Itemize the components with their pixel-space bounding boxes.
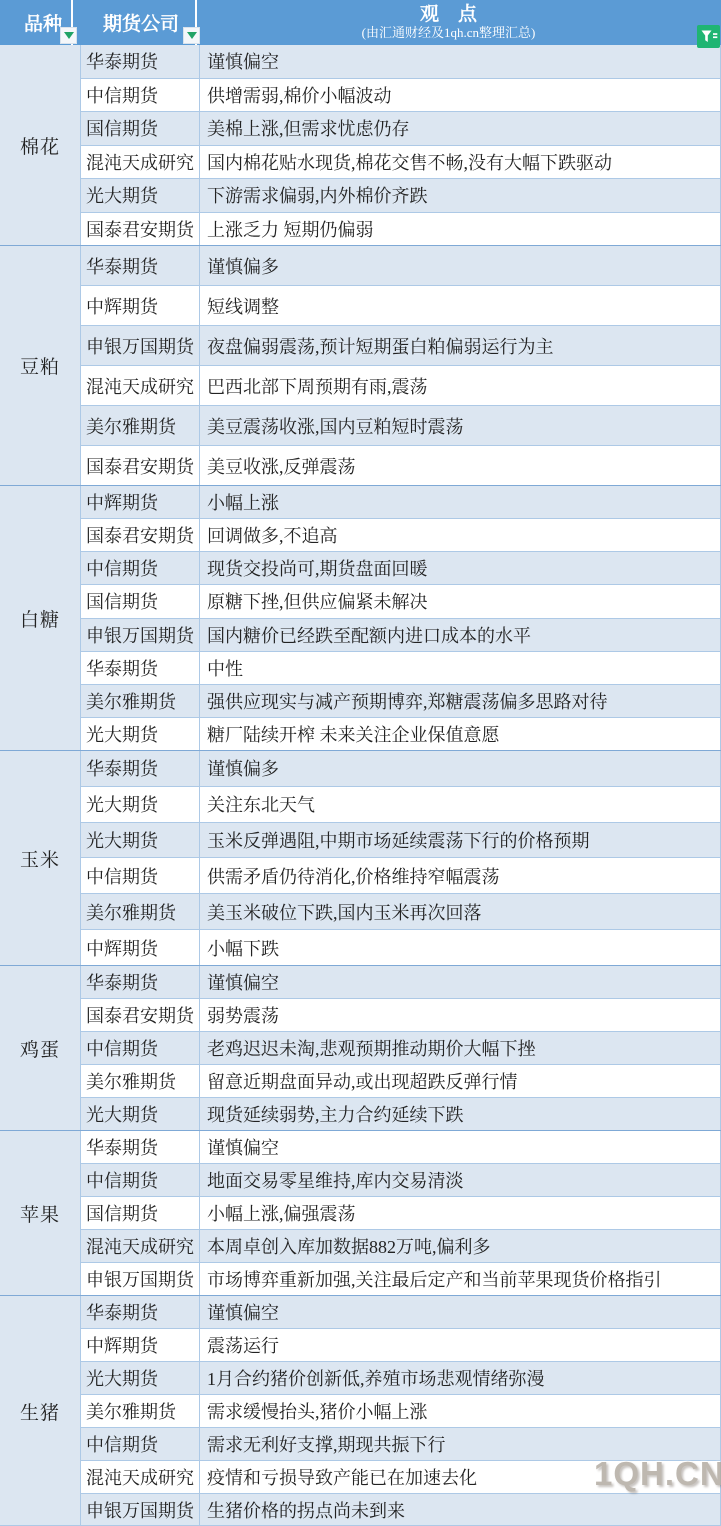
table-row: 光大期货下游需求偏弱,内外棉价齐跌	[81, 178, 721, 212]
header-viewpoint-title: 观 点	[420, 4, 477, 26]
viewpoint-cell: 原糖下挫,但供应偏紧未解决	[200, 585, 721, 617]
table-row: 国信期货原糖下挫,但供应偏紧未解决	[81, 584, 721, 617]
table-row: 中辉期货短线调整	[81, 285, 721, 325]
company-cell: 申银万国期货	[81, 1494, 200, 1526]
filter-funnel-button[interactable]	[697, 25, 720, 48]
table-row: 中信期货供需矛盾仍待消化,价格维持窄幅震荡	[81, 857, 721, 893]
variety-cell: 生猪	[0, 1296, 81, 1526]
chevron-down-icon	[187, 32, 197, 39]
table-row: 华泰期货谨慎偏多	[81, 751, 721, 786]
company-cell: 中辉期货	[81, 1329, 200, 1361]
variety-cell: 玉米	[0, 751, 81, 965]
viewpoint-cell: 谨慎偏多	[200, 246, 721, 285]
company-cell: 国泰君安期货	[81, 519, 200, 551]
table-row: 华泰期货谨慎偏空	[81, 1296, 721, 1328]
commodity-group-豆粕: 豆粕华泰期货谨慎偏多中辉期货短线调整申银万国期货夜盘偏弱震荡,预计短期蛋白粕偏弱…	[0, 245, 721, 485]
watermark: 1QH.CN	[594, 1455, 721, 1493]
table-row: 华泰期货中性	[81, 651, 721, 684]
company-cell: 中信期货	[81, 1164, 200, 1196]
company-cell: 国泰君安期货	[81, 446, 200, 485]
company-cell: 混沌天成研究	[81, 146, 200, 179]
company-cell: 混沌天成研究	[81, 1230, 200, 1262]
viewpoint-cell: 强供应现实与减产预期博弈,郑糖震荡偏多思路对待	[200, 685, 721, 717]
viewpoint-cell: 糖厂陆续开榨 未来关注企业保值意愿	[200, 718, 721, 750]
table-row: 光大期货现货延续弱势,主力合约延续下跌	[81, 1097, 721, 1130]
company-cell: 华泰期货	[81, 966, 200, 998]
viewpoint-cell: 美玉米破位下跌,国内玉米再次回落	[200, 894, 721, 929]
viewpoint-cell: 美豆收涨,反弹震荡	[200, 446, 721, 485]
table-row: 中辉期货小幅下跌	[81, 929, 721, 965]
company-cell: 光大期货	[81, 1098, 200, 1130]
table-row: 申银万国期货夜盘偏弱震荡,预计短期蛋白粕偏弱运行为主	[81, 325, 721, 365]
table-row: 中辉期货震荡运行	[81, 1328, 721, 1361]
company-cell: 华泰期货	[81, 45, 200, 78]
company-cell: 国信期货	[81, 1197, 200, 1229]
company-cell: 美尔雅期货	[81, 1395, 200, 1427]
variety-cell: 棉花	[0, 45, 81, 245]
company-cell: 国信期货	[81, 112, 200, 145]
table-body: 棉花华泰期货谨慎偏空中信期货供增需弱,棉价小幅波动国信期货美棉上涨,但需求忧虑仍…	[0, 45, 721, 1526]
company-cell: 光大期货	[81, 179, 200, 212]
viewpoint-cell: 弱势震荡	[200, 999, 721, 1031]
table-row: 美尔雅期货美豆震荡收涨,国内豆粕短时震荡	[81, 405, 721, 445]
company-cell: 申银万国期货	[81, 1263, 200, 1295]
viewpoint-cell: 谨慎偏空	[200, 1296, 721, 1328]
viewpoint-cell: 市场博弈重新加强,关注最后定产和当前苹果现货价格指引	[200, 1263, 721, 1295]
table-row: 美尔雅期货留意近期盘面异动,或出现超跌反弹行情	[81, 1064, 721, 1097]
company-cell: 美尔雅期货	[81, 894, 200, 929]
company-cell: 中信期货	[81, 1032, 200, 1064]
company-cell: 美尔雅期货	[81, 406, 200, 445]
company-cell: 光大期货	[81, 823, 200, 858]
company-cell: 申银万国期货	[81, 326, 200, 365]
table-row: 华泰期货谨慎偏空	[81, 1131, 721, 1163]
table-header: 品种 期货公司 观 点 (由汇通财经及1qh.cn整理汇总)	[0, 0, 721, 45]
table-row: 国泰君安期货上涨乏力 短期仍偏弱	[81, 212, 721, 246]
company-cell: 华泰期货	[81, 246, 200, 285]
company-cell: 华泰期货	[81, 652, 200, 684]
table-row: 美尔雅期货需求缓慢抬头,猪价小幅上涨	[81, 1394, 721, 1427]
viewpoint-cell: 谨慎偏空	[200, 966, 721, 998]
viewpoint-cell: 玉米反弹遇阻,中期市场延续震荡下行的价格预期	[200, 823, 721, 858]
viewpoint-cell: 短线调整	[200, 286, 721, 325]
variety-filter-dropdown-button[interactable]	[60, 27, 77, 44]
company-cell: 中信期货	[81, 79, 200, 112]
viewpoint-cell: 美豆震荡收涨,国内豆粕短时震荡	[200, 406, 721, 445]
table-row: 申银万国期货市场博弈重新加强,关注最后定产和当前苹果现货价格指引	[81, 1262, 721, 1295]
table-row: 国泰君安期货回调做多,不追高	[81, 518, 721, 551]
viewpoint-cell: 关注东北天气	[200, 787, 721, 822]
company-cell: 中信期货	[81, 1428, 200, 1460]
company-cell: 混沌天成研究	[81, 366, 200, 405]
viewpoint-cell: 小幅上涨,偏强震荡	[200, 1197, 721, 1229]
company-cell: 美尔雅期货	[81, 685, 200, 717]
company-cell: 光大期货	[81, 787, 200, 822]
commodity-group-玉米: 玉米华泰期货谨慎偏多光大期货关注东北天气光大期货玉米反弹遇阻,中期市场延续震荡下…	[0, 750, 721, 965]
table-row: 光大期货1月合约猪价创新低,养殖市场悲观情绪弥漫	[81, 1361, 721, 1394]
table-row: 混沌天成研究巴西北部下周预期有雨,震荡	[81, 365, 721, 405]
header-viewpoint-subtitle: (由汇通财经及1qh.cn整理汇总)	[362, 26, 536, 41]
viewpoint-cell: 现货延续弱势,主力合约延续下跌	[200, 1098, 721, 1130]
viewpoint-cell: 供需矛盾仍待消化,价格维持窄幅震荡	[200, 858, 721, 893]
viewpoint-cell: 谨慎偏多	[200, 751, 721, 786]
table-row: 混沌天成研究国内棉花贴水现货,棉花交售不畅,没有大幅下跌驱动	[81, 145, 721, 179]
viewpoint-cell: 现货交投尚可,期货盘面回暖	[200, 552, 721, 584]
viewpoint-cell: 谨慎偏空	[200, 1131, 721, 1163]
table-row: 华泰期货谨慎偏空	[81, 966, 721, 998]
table-row: 美尔雅期货美玉米破位下跌,国内玉米再次回落	[81, 893, 721, 929]
viewpoint-cell: 夜盘偏弱震荡,预计短期蛋白粕偏弱运行为主	[200, 326, 721, 365]
table-row: 美尔雅期货强供应现实与减产预期博弈,郑糖震荡偏多思路对待	[81, 684, 721, 717]
table-row: 光大期货关注东北天气	[81, 786, 721, 822]
commodity-group-棉花: 棉花华泰期货谨慎偏空中信期货供增需弱,棉价小幅波动国信期货美棉上涨,但需求忧虑仍…	[0, 45, 721, 245]
viewpoint-cell: 1月合约猪价创新低,养殖市场悲观情绪弥漫	[200, 1362, 721, 1394]
variety-cell: 鸡蛋	[0, 966, 81, 1130]
company-cell: 光大期货	[81, 1362, 200, 1394]
viewpoint-cell: 国内糖价已经跌至配额内进口成本的水平	[200, 619, 721, 651]
viewpoint-cell: 巴西北部下周预期有雨,震荡	[200, 366, 721, 405]
viewpoint-cell: 留意近期盘面异动,或出现超跌反弹行情	[200, 1065, 721, 1097]
viewpoint-cell: 上涨乏力 短期仍偏弱	[200, 213, 721, 246]
table-row: 华泰期货谨慎偏空	[81, 45, 721, 78]
variety-cell: 苹果	[0, 1131, 81, 1295]
company-cell: 国泰君安期货	[81, 999, 200, 1031]
table-row: 国信期货小幅上涨,偏强震荡	[81, 1196, 721, 1229]
chevron-down-icon	[64, 32, 74, 39]
table-row: 国泰君安期货弱势震荡	[81, 998, 721, 1031]
commodity-group-鸡蛋: 鸡蛋华泰期货谨慎偏空国泰君安期货弱势震荡中信期货老鸡迟迟未淘,悲观预期推动期价大…	[0, 965, 721, 1130]
table-row: 国信期货美棉上涨,但需求忧虑仍存	[81, 111, 721, 145]
company-cell: 混沌天成研究	[81, 1461, 200, 1493]
company-cell: 华泰期货	[81, 751, 200, 786]
viewpoint-cell: 中性	[200, 652, 721, 684]
table-row: 中辉期货小幅上涨	[81, 486, 721, 518]
viewpoint-cell: 老鸡迟迟未淘,悲观预期推动期价大幅下挫	[200, 1032, 721, 1064]
company-filter-dropdown-button[interactable]	[183, 27, 200, 44]
viewpoint-cell: 美棉上涨,但需求忧虑仍存	[200, 112, 721, 145]
viewpoint-cell: 地面交易零星维持,库内交易清淡	[200, 1164, 721, 1196]
viewpoint-cell: 小幅下跌	[200, 930, 721, 965]
filter-funnel-icon	[697, 25, 720, 48]
company-cell: 国泰君安期货	[81, 213, 200, 246]
company-cell: 国信期货	[81, 585, 200, 617]
table-row: 中信期货现货交投尚可,期货盘面回暖	[81, 551, 721, 584]
company-cell: 中辉期货	[81, 486, 200, 518]
table-row: 光大期货糖厂陆续开榨 未来关注企业保值意愿	[81, 717, 721, 750]
viewpoint-cell: 需求缓慢抬头,猪价小幅上涨	[200, 1395, 721, 1427]
table-row: 光大期货玉米反弹遇阻,中期市场延续震荡下行的价格预期	[81, 822, 721, 858]
table-row: 申银万国期货生猪价格的拐点尚未到来	[81, 1493, 721, 1526]
viewpoint-cell: 生猪价格的拐点尚未到来	[200, 1494, 721, 1526]
company-cell: 中信期货	[81, 552, 200, 584]
commodity-group-苹果: 苹果华泰期货谨慎偏空中信期货地面交易零星维持,库内交易清淡国信期货小幅上涨,偏强…	[0, 1130, 721, 1295]
table-row: 申银万国期货国内糖价已经跌至配额内进口成本的水平	[81, 618, 721, 651]
company-cell: 华泰期货	[81, 1296, 200, 1328]
company-cell: 中辉期货	[81, 286, 200, 325]
company-cell: 申银万国期货	[81, 619, 200, 651]
commodity-group-白糖: 白糖中辉期货小幅上涨国泰君安期货回调做多,不追高中信期货现货交投尚可,期货盘面回…	[0, 485, 721, 750]
viewpoint-cell: 谨慎偏空	[200, 45, 721, 78]
table-row: 中信期货供增需弱,棉价小幅波动	[81, 78, 721, 112]
variety-cell: 白糖	[0, 486, 81, 750]
viewpoint-cell: 供增需弱,棉价小幅波动	[200, 79, 721, 112]
header-viewpoint: 观 点 (由汇通财经及1qh.cn整理汇总)	[196, 0, 701, 45]
header-company: 期货公司	[72, 0, 196, 45]
company-cell: 美尔雅期货	[81, 1065, 200, 1097]
futures-opinion-table: 品种 期货公司 观 点 (由汇通财经及1qh.cn整理汇总) 棉花华泰期货谨慎偏…	[0, 0, 721, 1526]
viewpoint-cell: 震荡运行	[200, 1329, 721, 1361]
table-row: 华泰期货谨慎偏多	[81, 246, 721, 285]
table-row: 混沌天成研究本周卓创入库加数据882万吨,偏利多	[81, 1229, 721, 1262]
viewpoint-cell: 回调做多,不追高	[200, 519, 721, 551]
company-cell: 中信期货	[81, 858, 200, 893]
viewpoint-cell: 本周卓创入库加数据882万吨,偏利多	[200, 1230, 721, 1262]
viewpoint-cell: 小幅上涨	[200, 486, 721, 518]
table-row: 中信期货地面交易零星维持,库内交易清淡	[81, 1163, 721, 1196]
table-row: 中信期货老鸡迟迟未淘,悲观预期推动期价大幅下挫	[81, 1031, 721, 1064]
company-cell: 光大期货	[81, 718, 200, 750]
table-row: 国泰君安期货美豆收涨,反弹震荡	[81, 445, 721, 485]
company-cell: 中辉期货	[81, 930, 200, 965]
viewpoint-cell: 下游需求偏弱,内外棉价齐跌	[200, 179, 721, 212]
company-cell: 华泰期货	[81, 1131, 200, 1163]
variety-cell: 豆粕	[0, 246, 81, 485]
viewpoint-cell: 国内棉花贴水现货,棉花交售不畅,没有大幅下跌驱动	[200, 146, 721, 179]
